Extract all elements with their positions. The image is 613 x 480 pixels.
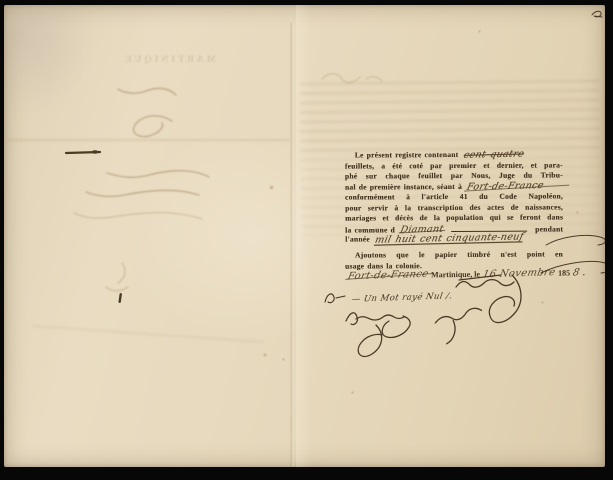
handwritten-segment: 16 Novembre — [482, 267, 557, 280]
print-segment: Le présent registre contenant — [355, 150, 459, 161]
bleedthrough-text-band — [300, 79, 601, 156]
foxing-spot — [478, 30, 481, 33]
addendum-line: Ajoutons que le papier timbré n'est poin… — [345, 249, 563, 261]
scanned-register-page: MARTINIQUE Le présent registre contenant… — [0, 0, 613, 480]
fold-crease-diagonal — [32, 325, 264, 343]
signature-left — [346, 313, 410, 357]
margin-note: — Un Mot rayé Nul /. — [322, 290, 452, 306]
print-segment: conformément à l'article 41 du Code Napo… — [345, 192, 563, 202]
print-segment: 185 — [558, 268, 570, 277]
handwritten-segment: Fort-de-France — [347, 269, 430, 283]
ghost-stroke — [107, 171, 209, 177]
paragraph-line: Le présent registre contenantcent quatre — [345, 149, 563, 161]
print-segment: . — [583, 268, 585, 277]
ghost-stroke — [133, 116, 172, 137]
paper-aging-patch — [4, 5, 94, 115]
register-declaration-paragraph: Le présent registre contenantcent quatre… — [345, 149, 563, 245]
place-date-line: Fort-de-FranceMartinique, le16 Novembre1… — [348, 267, 568, 281]
handwritten-segment: mil huit cent cinquante-neuf — [373, 233, 524, 247]
fold-crease-horizontal — [8, 139, 290, 141]
print-segment: pendant — [535, 224, 563, 235]
foxing-spot — [541, 301, 544, 304]
ghost-stroke — [118, 88, 176, 95]
print-segment: nal de première instance, séant à — [345, 182, 462, 193]
fold-crease-vertical — [290, 23, 294, 467]
ghost-stroke — [74, 213, 202, 219]
print-segment: mariages et décès de la population qui s… — [345, 213, 563, 223]
ink-blot — [118, 293, 122, 303]
signature-right-cluster — [434, 275, 521, 345]
handwritten-segment: Fort-de-France — [466, 180, 565, 193]
margin-note-flourish — [322, 290, 348, 306]
margin-note-text: — Un Mot rayé Nul /. — [351, 291, 454, 304]
foxing-spot — [269, 185, 274, 190]
foxing-spot — [263, 353, 267, 357]
paragraph-line: mariages et décès de la population qui s… — [345, 213, 563, 225]
ink-blob — [92, 150, 99, 154]
print-segment: l'année — [345, 235, 370, 246]
gutter-highlight — [296, 5, 312, 467]
print-segment: Martinique, le — [431, 270, 480, 280]
print-segment: phé sur chaque feuillet par Nous, Juge d… — [345, 171, 563, 181]
foxing-spot — [282, 358, 285, 361]
corner-ink-mark — [592, 11, 602, 17]
ghost-stroke — [106, 263, 128, 291]
ghost-mirrored-title: MARTINIQUE — [104, 55, 234, 65]
ghost-stroke — [86, 190, 199, 196]
paragraph-line: l'annéemil huit cent cinquante-neuf — [345, 234, 563, 246]
foxing-spot — [576, 211, 579, 214]
ink-dash-mark — [66, 152, 100, 153]
ghost-stroke — [322, 74, 382, 83]
print-segment: pour servir à la transcription des actes… — [345, 202, 563, 212]
handwritten-segment: 8 — [572, 267, 581, 278]
paper-sheet: MARTINIQUE Le présent registre contenant… — [4, 5, 605, 467]
foxing-spot — [351, 391, 354, 394]
paragraph-line: nal de première instance, séant àFort-de… — [345, 181, 563, 193]
print-segment: feuillets, a été coté par premier et der… — [345, 160, 563, 170]
